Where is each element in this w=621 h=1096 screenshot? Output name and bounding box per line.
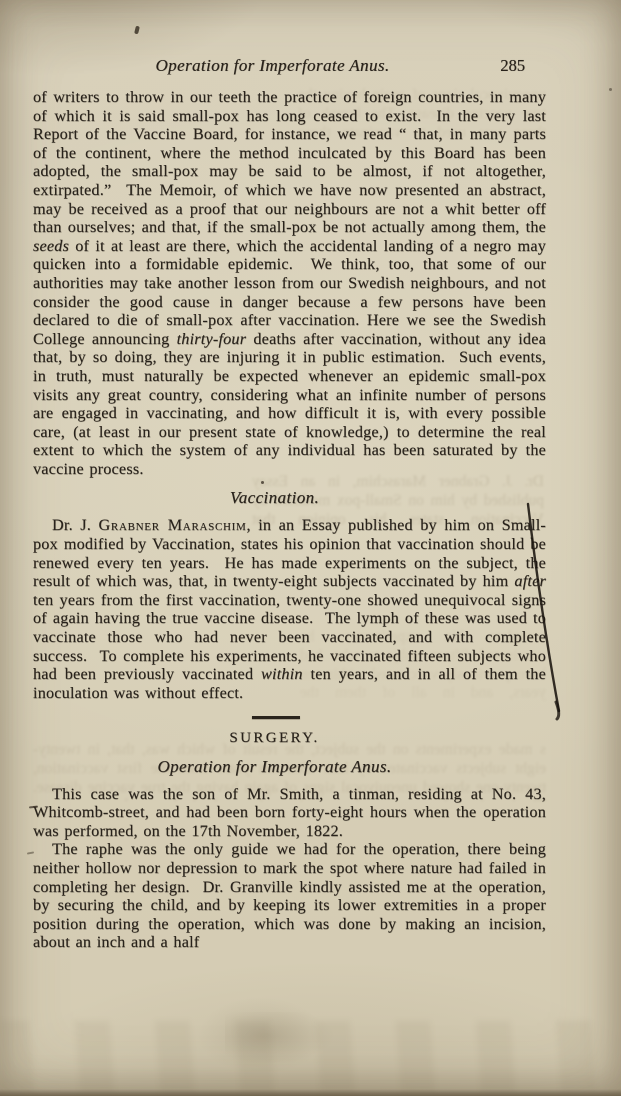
ink-speck xyxy=(134,26,140,35)
text-run: deaths after vaccination, without any id… xyxy=(33,330,546,478)
italic-emphasis: within xyxy=(261,665,303,683)
italic-emphasis: thirty-four xyxy=(177,330,247,348)
paragraph-case-introduction: This case was the son of Mr. Smith, a ti… xyxy=(33,785,546,841)
text-run: Dr. J. xyxy=(52,516,99,534)
article-heading-imperforate-anus: Operation for Imperforate Anus. xyxy=(18,757,531,777)
page-number: 285 xyxy=(500,56,525,76)
paper-wrinkle-shading xyxy=(0,1021,621,1093)
section-heading-surgery: SURGERY. xyxy=(18,730,531,747)
section-divider-rule xyxy=(252,716,300,718)
small-caps-name: Grabner Maraschim xyxy=(99,516,247,534)
page-bottom-edge-shadow xyxy=(0,1089,621,1096)
book-page: Dr. J. Grabner Maraschim, in an Essay pu… xyxy=(0,0,621,1096)
paragraph-operation-description: The raphe was the only guide we had for … xyxy=(33,840,546,952)
text-run: of writers to throw in our teeth the pra… xyxy=(33,88,546,236)
text-run: This case was the son of Mr. Smith, a ti… xyxy=(33,785,546,840)
paper-stain xyxy=(225,1012,335,1064)
italic-emphasis: seeds xyxy=(33,237,69,255)
section-heading-vaccination: Vaccination. xyxy=(18,488,531,508)
text-run: The raphe was the only guide we had for … xyxy=(33,840,546,951)
page-body-text: of writers to throw in our teeth the pra… xyxy=(33,88,546,952)
italic-emphasis: after xyxy=(514,572,546,590)
running-header-title: Operation for Imperforate Anus. xyxy=(155,56,389,76)
paragraph-smallpox-memoir: of writers to throw in our teeth the pra… xyxy=(33,88,546,478)
page-content-column: Operation for Imperforate Anus. 285 of w… xyxy=(33,56,546,952)
running-header: Operation for Imperforate Anus. 285 xyxy=(33,56,546,76)
ink-speck xyxy=(609,88,612,91)
paragraph-vaccination-essay: Dr. J. Grabner Maraschim, in an Essay pu… xyxy=(33,516,546,702)
